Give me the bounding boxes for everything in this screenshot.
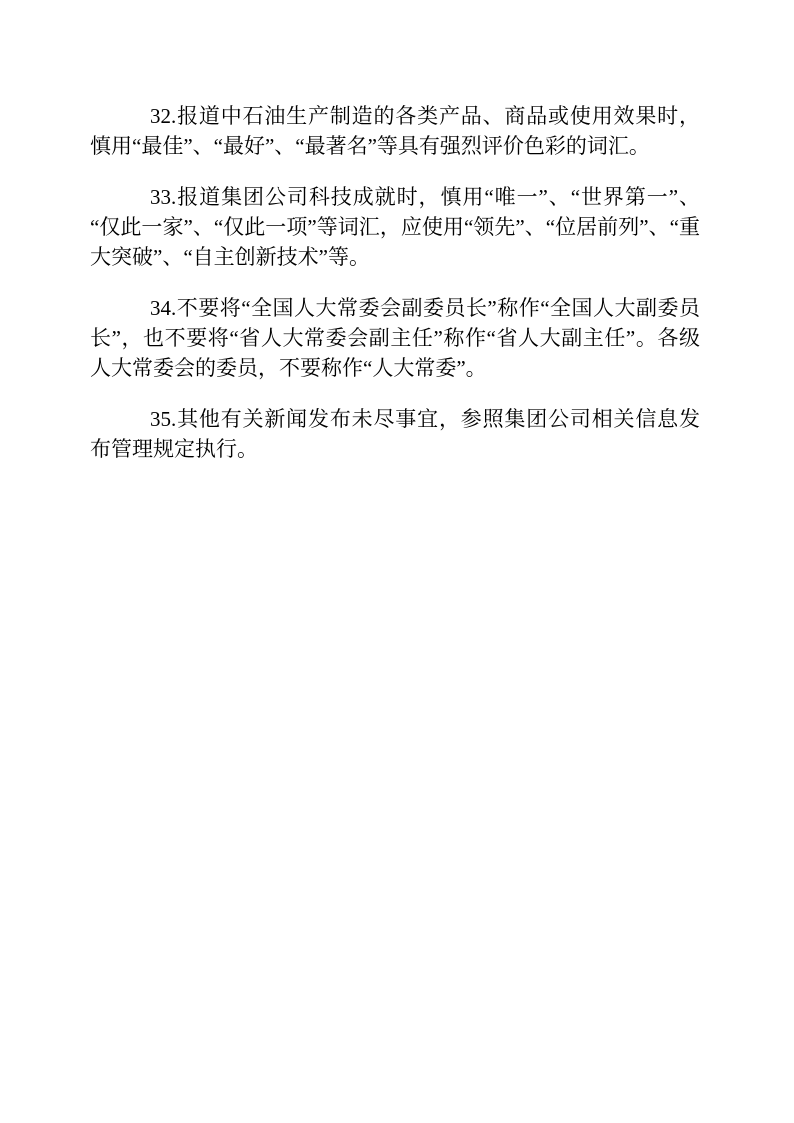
document-body: 32.报道中石油生产制造的各类产品、商品或使用效果时，慎用“最佳”、“最好”、“… xyxy=(90,101,700,485)
paragraph-33: 33.报道集团公司科技成就时，慎用“唯一”、“世界第一”、“仅此一家”、“仅此一… xyxy=(90,182,700,272)
paragraph-32: 32.报道中石油生产制造的各类产品、商品或使用效果时，慎用“最佳”、“最好”、“… xyxy=(90,101,700,161)
paragraph-34: 34.不要将“全国人大常委会副委员长”称作“全国人大副委员长”，也不要将“省人大… xyxy=(90,293,700,383)
document-page: 32.报道中石油生产制造的各类产品、商品或使用效果时，慎用“最佳”、“最好”、“… xyxy=(0,0,794,1123)
paragraph-35: 35.其他有关新闻发布未尽事宜，参照集团公司相关信息发布管理规定执行。 xyxy=(90,404,700,464)
